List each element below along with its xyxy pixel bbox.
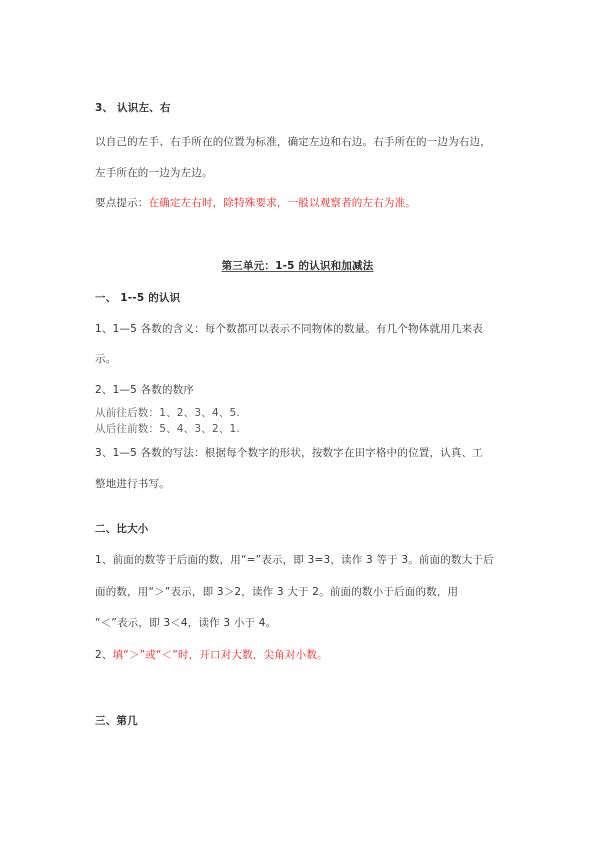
count-forward: 从前往后数：1、2、3、4、5.	[95, 406, 240, 420]
part1-item1-line2: 示。	[95, 352, 116, 366]
part2-item2-prefix: 2、	[95, 649, 113, 661]
part2-item1-line1: 1、前面的数等于后面的数，用“=”表示，即 3=3，读作 3 等于 3。前面的数…	[95, 553, 494, 567]
tip-emphasis-text: 在确定左右时，除特殊要求，一般以观察者的左右为准。	[149, 197, 417, 209]
section-heading-left-right: 3、 认识左、右	[95, 101, 171, 115]
part1-item3-line1: 3、1—5 各数的写法：根据每个数字的形状，按数字在田字格中的位置，认真、工	[95, 446, 483, 460]
part3-heading: 三、第几	[95, 714, 138, 728]
unit-title: 第三单元：1-5 的认识和加减法	[0, 259, 595, 273]
part2-item1-line3: “＜”表示，即 3＜4，读作 3 小于 4。	[95, 616, 276, 630]
tip-label: 要点提示：	[95, 197, 149, 209]
part2-item2-emphasis-text: 填“＞”或“＜”时，开口对大数，尖角对小数。	[113, 649, 328, 661]
part1-item2-heading: 2、1—5 各数的数序	[95, 383, 194, 397]
paragraph-left-right-line2: 左手所在的一边为左边。	[95, 166, 213, 180]
unit-title-text: 第三单元：1-5 的认识和加减法	[222, 260, 374, 272]
paragraph-left-right-line1: 以自己的左手、右手所在的位置为标准，确定左边和右边。右手所在的一边为右边，	[95, 135, 491, 149]
part1-item1-line1: 1、1—5 各数的含义：每个数都可以表示不同物体的数量。有几个物体就用几来表	[95, 322, 483, 336]
part2-item1-line2: 面的数，用“＞”表示，即 3＞2，读作 3 大于 2。前面的数小于后面的数，用	[95, 585, 458, 599]
count-backward: 从后往前数：5、4、3、2、1.	[95, 422, 240, 436]
part2-item2: 2、填“＞”或“＜”时，开口对大数，尖角对小数。	[95, 648, 328, 662]
part2-heading: 二、比大小	[95, 522, 149, 536]
tip-paragraph: 要点提示：在确定左右时，除特殊要求，一般以观察者的左右为准。	[95, 196, 416, 210]
part1-item3-line2: 整地进行书写。	[95, 477, 170, 491]
part1-heading: 一、 1--5 的认识	[95, 291, 180, 305]
